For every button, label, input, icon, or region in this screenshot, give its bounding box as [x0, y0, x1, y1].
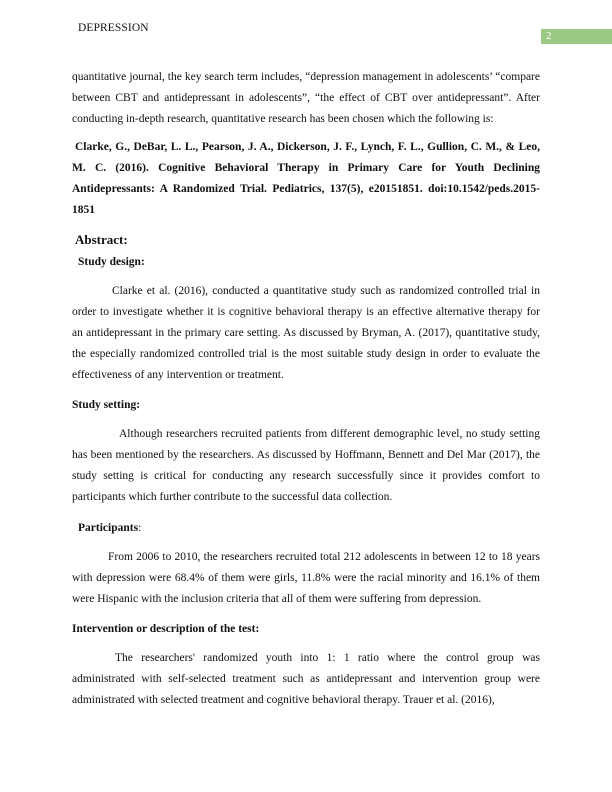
section-text-study-design: Clarke et al. (2016), conducted a quanti… — [72, 281, 540, 386]
abstract-heading: Abstract: — [75, 229, 540, 251]
participants-label: Participants — [78, 522, 138, 534]
reference-citation: Clarke, G., DeBar, L. L., Pearson, J. A.… — [72, 137, 540, 221]
participants-colon: : — [138, 522, 141, 534]
section-heading-intervention: Intervention or description of the test: — [72, 619, 540, 640]
page-number-badge: 2 — [541, 29, 612, 44]
intro-paragraph: quantitative journal, the key search ter… — [72, 67, 540, 130]
section-text-participants: From 2006 to 2010, the researchers recru… — [72, 547, 540, 610]
section-text-intervention: The researchers' randomized youth into 1… — [72, 648, 540, 711]
document-body: quantitative journal, the key search ter… — [72, 67, 540, 711]
running-title: DEPRESSION — [78, 22, 149, 34]
section-heading-study-design: Study design: — [78, 252, 540, 273]
section-heading-participants: Participants: — [78, 518, 540, 539]
section-heading-study-setting: Study setting: — [72, 395, 540, 416]
section-text-study-setting: Although researchers recruited patients … — [72, 424, 540, 508]
